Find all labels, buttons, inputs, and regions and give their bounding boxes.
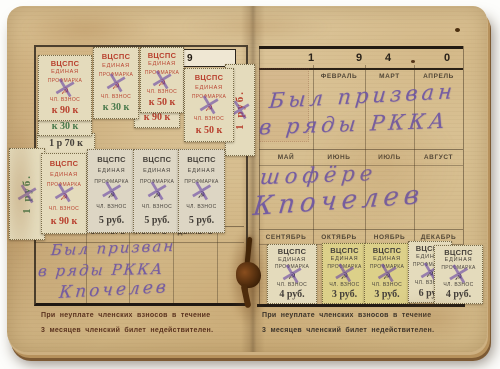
month-label: ДЕКАБРЬ (421, 234, 457, 241)
dues-stamp: ВЦСПСЕДИНАЯПРОФМАРКА☭ЧЛ. ВЗНОСк 50 к✕ (184, 68, 234, 142)
stamp-org-label: ВЦСПС (444, 249, 473, 257)
stamp-line3: ПРОФМАРКА (48, 79, 82, 84)
stamp-value: 4 руб. (279, 290, 304, 300)
stamp-line3: ПРОФМАРКА (370, 265, 404, 270)
stain (455, 28, 460, 32)
dues-stamp: ВЦСПСЕДИНАЯПРОФМАРКА☭ЧЛ. ВЗНОСк 50 к✕ (140, 47, 184, 113)
stamp-org-label: ВЦСПС (50, 160, 79, 168)
month-label: ИЮНЬ (327, 154, 350, 161)
stamp-value: 1 руб. (234, 90, 246, 130)
stamp-line4: ЧЛ. ВЗНОС (147, 90, 177, 95)
month-label: ИЮЛЬ (378, 154, 401, 161)
stamp-line2: ЕДИНАЯ (445, 258, 473, 264)
stamp-line3: ПРОФМАРКА (145, 71, 179, 76)
stamp-line2: ЕДИНАЯ (188, 169, 216, 175)
stamp-line4: ЧЛ. ВЗНОС (277, 283, 307, 288)
stamp-value: 1 руб. (21, 174, 33, 214)
dues-stamp: ВЦСПСЕДИНАЯПРОФМАРКА☭ЧЛ. ВЗНОС5 руб.✕ (178, 149, 225, 233)
month-label: АВГУСТ (424, 154, 453, 161)
stamp-line3: ПРОФМАРКА (94, 180, 128, 185)
month-label: НОЯБРЬ (374, 234, 406, 241)
stamp-value: к 50 к (196, 126, 223, 136)
stamp-org-label: ВЦСПС (51, 60, 80, 68)
year-digit: 9 (356, 52, 363, 64)
month-label: ОКТЯБРЬ (321, 234, 357, 241)
stamp-value: к 30 к (103, 103, 130, 113)
left-footer-note: При неуплате членских взносов в течение … (41, 309, 213, 338)
stamp-org-label: ВЦСПС (148, 52, 177, 60)
stamp-line3: ПРОФМАРКА (275, 265, 309, 270)
hammer-sickle-icon: ☭ (60, 193, 68, 202)
stamp-line2: ЕДИНАЯ (373, 257, 401, 263)
stamp-line4: ЧЛ. ВЗНОС (443, 283, 473, 288)
dues-stamp: ВЦСПСЕДИНАЯПРОФМАРКА☭ЧЛ. ВЗНОС4 руб.✕ (434, 245, 483, 304)
footer-line: 3 месяцев членский билет недействителен. (262, 324, 434, 339)
dues-stamp: ВЦСПСЕДИНАЯПРОФМАРКА☭ЧЛ. ВЗНОС3 руб.✕ (322, 243, 367, 304)
stamp-org-label: ВЦСПС (278, 248, 307, 256)
year-digit: 0 (444, 52, 451, 64)
dues-stamp: ВЦСПСЕДИНАЯПРОФМАРКА☭ЧЛ. ВЗНОСк 30 к✕ (93, 47, 139, 119)
stamp-value: 5 руб. (99, 216, 124, 226)
page-number: 9 (187, 53, 193, 64)
hammer-sickle-icon: ☭ (153, 191, 161, 200)
stamp-value: к 30 к (52, 122, 79, 132)
stamp-org-label: ВЦСПС (97, 156, 126, 164)
hammer-sickle-icon: ☭ (61, 87, 69, 96)
stamp-line4: ЧЛ. ВЗНОС (49, 207, 79, 212)
dues-stamp: ВЦСПСЕДИНАЯПРОФМАРКА☭ЧЛ. ВЗНОС5 руб.✕ (87, 149, 136, 233)
stamp-value: 1 р 70 к (49, 139, 83, 149)
membership-booklet: 9 СЕНТЯБРЬ ОКТЯБРЬ НОЯБРЬ ДЕКАБРЬ 1 р 70… (7, 6, 487, 352)
stamp-org-label: ВЦСПС (187, 156, 216, 164)
dues-stamp: ВЦСПСЕДИНАЯПРОФМАРКА☭ЧЛ. ВЗНОСк 90 к✕ (38, 55, 92, 121)
stamp-line4: ЧЛ. ВЗНОС (142, 205, 172, 210)
footer-line: При неуплате членских взносов в течение (262, 309, 434, 324)
stamp-line4: ЧЛ. ВЗНОС (194, 117, 224, 122)
stamp-value: 3 руб. (374, 290, 399, 300)
stamp-value: к 90 к (51, 217, 78, 227)
dues-stamp: ВЦСПСЕДИНАЯПРОФМАРКА☭ЧЛ. ВЗНОСк 90 к✕ (41, 153, 87, 234)
stamp-value: к 50 к (149, 98, 176, 108)
stamp-value: 3 руб. (332, 290, 357, 300)
stamp-org-label: ВЦСПС (195, 74, 224, 82)
dues-stamp: ВЦСПСЕДИНАЯПРОФМАРКА☭ЧЛ. ВЗНОС5 руб.✕ (133, 149, 181, 233)
stamp-line3: ПРОФМАРКА (47, 183, 81, 188)
month-label: СЕНТЯБРЬ (266, 234, 307, 241)
stamp-value: 4 руб. (446, 290, 471, 300)
month-label: МАЙ (278, 154, 295, 161)
stamp-line2: ЕДИНАЯ (98, 169, 126, 175)
hammer-sickle-icon: ☭ (112, 82, 120, 91)
hammer-sickle-icon: ☭ (383, 272, 391, 281)
stamp-line4: ЧЛ. ВЗНОС (372, 283, 402, 288)
stamp-line2: ЕДИНАЯ (51, 70, 79, 76)
stamp-org-label: ВЦСПС (330, 247, 359, 255)
hammer-sickle-icon: ☭ (107, 191, 115, 200)
stamp-line3: ПРОФМАРКА (327, 265, 361, 270)
stamp-line3: ПРОФМАРКА (99, 73, 133, 78)
footer-line: 3 месяцев членский билет недействителен. (41, 324, 213, 339)
hammer-sickle-icon: ☭ (454, 273, 462, 282)
dues-stamp: ВЦСПСЕДИНАЯПРОФМАРКА☭ЧЛ. ВЗНОС4 руб.✕ (267, 244, 317, 304)
stamp-value: 5 руб. (144, 216, 169, 226)
stamp-value: 5 руб. (189, 216, 214, 226)
stamp-line4: ЧЛ. ВЗНОС (50, 98, 80, 103)
handwritten-note-line: в ряды РККА (37, 260, 165, 280)
footer-line: При неуплате членских взносов в течение (41, 309, 213, 324)
hammer-sickle-icon: ☭ (205, 104, 213, 113)
stamp-org-label: ВЦСПС (102, 53, 131, 61)
stamp-line4: ЧЛ. ВЗНОС (186, 205, 216, 210)
hammer-sickle-icon: ☭ (288, 272, 296, 281)
dues-stamp: 1 руб.✕ (9, 148, 45, 240)
stamp-line2: ЕДИНАЯ (278, 258, 306, 264)
dues-stamp: ВЦСПСЕДИНАЯПРОФМАРКА☭ЧЛ. ВЗНОС3 руб.✕ (364, 243, 410, 304)
stamp-line2: ЕДИНАЯ (50, 173, 78, 179)
stamp-line2: ЕДИНАЯ (143, 169, 171, 175)
stamp-line2: ЕДИНАЯ (331, 257, 359, 263)
stamp-line3: ПРОФМАРКА (441, 266, 475, 271)
year-digit: 1 (308, 52, 315, 64)
stamp-line3: ПРОФМАРКА (140, 180, 174, 185)
year-band: 1 9 4 0 (259, 46, 463, 70)
hammer-sickle-icon: ☭ (158, 79, 166, 88)
stamp-line2: ЕДИНАЯ (195, 86, 223, 92)
stain (21, 8, 151, 50)
stamp-org-label: ВЦСПС (143, 156, 172, 164)
stamp-line2: ЕДИНАЯ (102, 64, 130, 70)
hammer-sickle-icon: ☭ (340, 272, 348, 281)
stamp-line3: ПРОФМАРКА (184, 180, 218, 185)
year-digit: 4 (385, 52, 392, 64)
stamp-line4: ЧЛ. ВЗНОС (96, 205, 126, 210)
stamp-value: к 90 к (52, 106, 79, 116)
stamp-line3: ПРОФМАРКА (192, 95, 226, 100)
right-footer-note: При неуплате членских взносов в течение … (262, 309, 434, 338)
month-label: МАРТ (379, 73, 400, 80)
hammer-sickle-icon: ☭ (426, 270, 434, 279)
stamp-line4: ЧЛ. ВЗНОС (101, 95, 131, 100)
rule-line (257, 304, 465, 307)
hammer-sickle-icon: ☭ (197, 191, 205, 200)
stamp-value: к 90 к (144, 113, 171, 123)
stamp-line2: ЕДИНАЯ (148, 62, 176, 68)
month-label: ФЕВРАЛЬ (321, 73, 358, 80)
stamp-org-label: ВЦСПС (373, 247, 402, 255)
stamp-line4: ЧЛ. ВЗНОС (329, 283, 359, 288)
